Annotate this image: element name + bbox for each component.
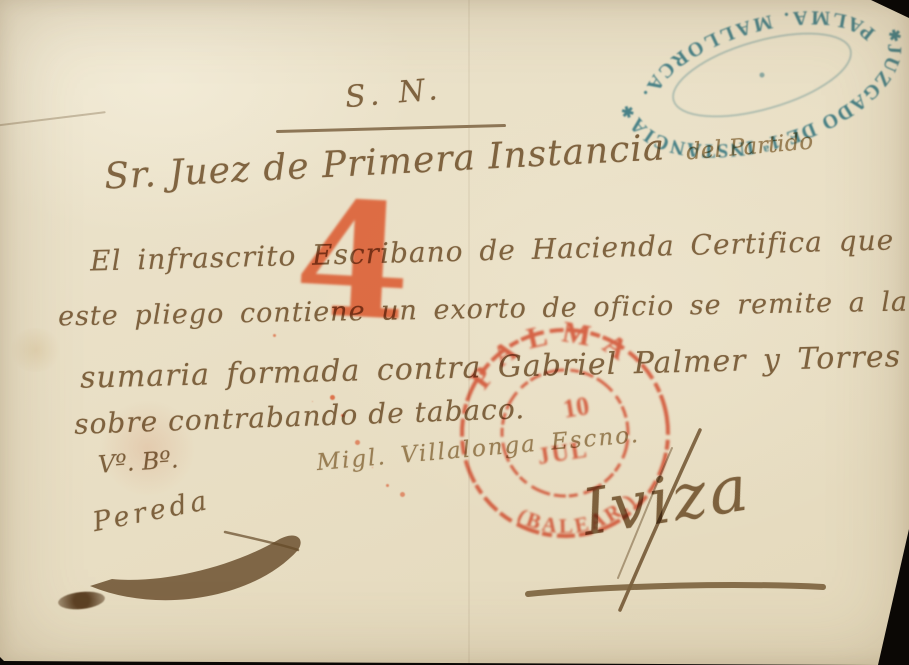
certification-line: El infrascrito Escribano de Hacienda Cer… bbox=[90, 223, 895, 277]
star-ornament-icon: ✱ bbox=[619, 101, 636, 120]
oval-stamp-bottom-text: PALMA. MALLORCA. bbox=[624, 0, 882, 109]
scanned-cover: JUZGADO DE 1ª INSTANCIA PALMA. MALLORCA.… bbox=[0, 0, 909, 665]
destination-underline bbox=[528, 585, 823, 594]
paper-stain bbox=[8, 328, 63, 372]
certification-line: este pliego contiene un exorto de oficio… bbox=[58, 287, 909, 333]
star-ornament-icon: ✱ bbox=[886, 24, 903, 43]
visto-bueno-mark: Vº. Bº. bbox=[97, 445, 179, 479]
sender-notation: S. N. bbox=[344, 72, 444, 115]
ink-blot bbox=[57, 590, 106, 612]
letter-paper: JUZGADO DE 1ª INSTANCIA PALMA. MALLORCA.… bbox=[0, 0, 909, 665]
signature-flourish-tail bbox=[225, 532, 298, 550]
oval-court-stamp: JUZGADO DE 1ª INSTANCIA PALMA. MALLORCA.… bbox=[588, 0, 909, 204]
oval-center-dot bbox=[759, 72, 765, 78]
approver-signature: Pereda bbox=[90, 485, 213, 538]
paper-fold bbox=[468, 0, 470, 665]
notation-underline bbox=[276, 124, 506, 133]
datestamp-day: 10 bbox=[561, 391, 591, 424]
paper-crease bbox=[0, 111, 106, 127]
signature-flourish bbox=[90, 535, 301, 600]
